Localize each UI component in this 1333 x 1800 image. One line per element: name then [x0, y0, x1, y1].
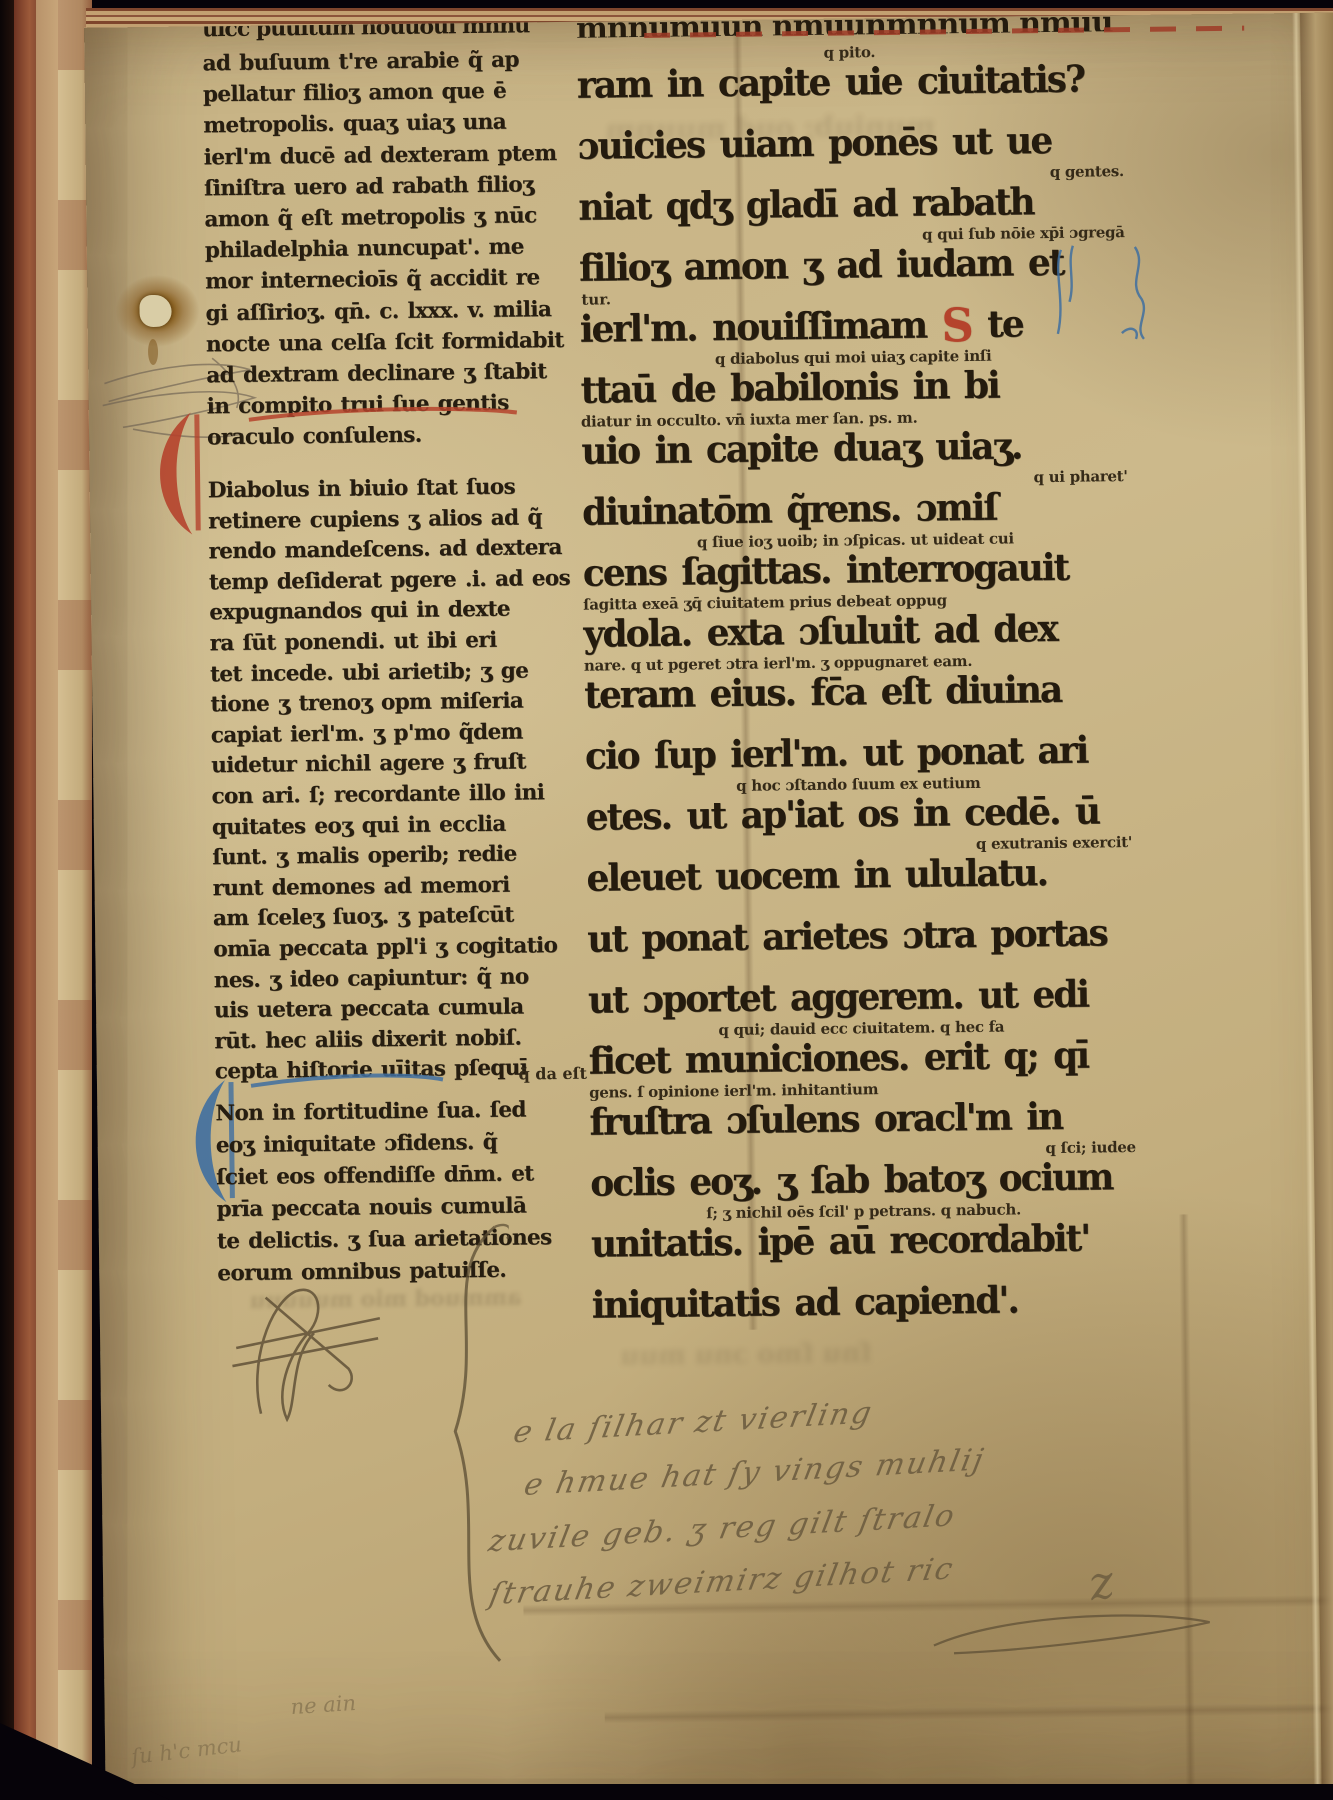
glossed-text-line: gens. ſ opinione ierl'm. inhitantium fru… — [589, 1080, 1150, 1148]
glossed-text-line: q gentes. niat qdʒ gladī ad rabath — [578, 165, 1139, 233]
text-line: philadelphia nuncupat'. me — [205, 231, 577, 267]
left-column-paragraph-1: ad buſuum t're arabie q̃ appellatur fili… — [202, 44, 579, 454]
stain-hole — [139, 295, 171, 327]
main-text: iniquitatis ad capiend'. — [591, 1277, 1018, 1326]
line-text: uis uetera peccata cumula — [214, 995, 524, 1024]
glossed-text-line: ut ɔportet aggerem. ut edi — [588, 958, 1149, 1026]
line-text: metropolis. quaʒ uiaʒ una — [203, 110, 506, 139]
line-text: diuinatōm q̃rens. ɔmiſ — [582, 485, 997, 534]
line-text: ſiniſtra uero ad rabath filioʒ — [204, 172, 534, 201]
line-text: iniquitatis ad capiend'. — [591, 1277, 1018, 1326]
glossed-text-line: iniquitatis ad capiend'. — [591, 1263, 1152, 1331]
text-line: pellatur filioʒ amon que ē — [203, 75, 575, 111]
text-line: nes. ʒ ideo capiuntur: q̃ no — [214, 961, 586, 996]
text-line: tet incede. ubi arietib; ʒ ge — [210, 655, 582, 690]
text-line: ſiniſtra uero ad rabath filioʒ — [204, 169, 576, 205]
line-text: unitatis. ipē aū recordabit' — [591, 1216, 1090, 1266]
line-text: am ſceleʒ ſuoʒ. ʒ pateſcūt — [213, 903, 514, 932]
main-text: eleuet uocem in ululatu. — [586, 850, 1047, 900]
later-inscription: e la ſilhar zt vierlinge hmue hat ſy vin… — [431, 1392, 1193, 1597]
owner-monogram — [229, 1272, 391, 1434]
line-text: ydola. exta ɔſuluit ad dex — [583, 606, 1057, 656]
right-column: q pito. ram in capite uie ciuitatis? ɔui… — [576, 43, 1152, 1331]
text-before-initial: ierl'm. nouiſſimam — [580, 302, 942, 350]
glossed-text-line: q ſiue ioʒ uoib; in ɔſpicas. ut uideat c… — [582, 531, 1143, 599]
main-text: etes. ut ap'iat os in cedē. ū — [585, 788, 1099, 838]
text-line: amon q̃ eſt metropolis ʒ nūc — [204, 200, 576, 236]
line-text: uio in capite duaʒ uiaʒ. — [581, 423, 1022, 472]
line-text: ut ponat arietes ɔtra portas — [587, 910, 1107, 960]
text-line: am ſceleʒ ſuoʒ. ʒ pateſcūt — [213, 900, 585, 935]
line-text: Diabolus in biuio ſtat ſuos — [208, 475, 516, 504]
text-line: runt demones ad memori — [212, 869, 584, 904]
glossed-text-line: diatur in occulto. vn̄ iuxta mer ſan. ps… — [581, 409, 1142, 477]
glossed-text-line: ſagitta exeā ʒq̄ ciuitatem prius debeat … — [583, 592, 1144, 660]
text-line: expugnandos qui in dexte — [209, 594, 581, 629]
text-line: Diabolus in biuio ſtat ſuos — [208, 472, 580, 507]
line-text: oclis eoʒ. ʒ ſab batoʒ ocium — [590, 1154, 1113, 1204]
line-text: ra ſūt ponendi. ut ibi eri — [209, 628, 496, 657]
main-text: unitatis. ipē aū recordabit' — [591, 1216, 1090, 1266]
line-text: ut ɔportet aggerem. ut edi — [588, 972, 1089, 1022]
horizontal-crease — [605, 1702, 1333, 1723]
line-text: temp deſiderat pgere .i. ad eos — [209, 566, 571, 595]
text-line: omīa peccata ppl'i ʒ cogitatio — [213, 931, 585, 966]
text-line: quitates eoʒ qui in ecclia — [212, 808, 584, 843]
inscription-text: zuvile geb. ʒ reg gilt ſtralo — [486, 1498, 959, 1559]
glossed-text-line: q pito. ram in capite uie ciuitatis? — [576, 43, 1137, 111]
line-text: uidetur nichil agere ʒ fruſt — [211, 750, 526, 779]
main-text: oclis eoʒ. ʒ ſab batoʒ ocium — [590, 1154, 1113, 1204]
text-line: tione ʒ trenoʒ opm miſeria — [210, 686, 582, 721]
line-text: ſciet eos offendiſſe dn̄m. et — [216, 1161, 534, 1190]
glossed-text-line: q ſci; iudee oclis eoʒ. ʒ ſab batoʒ ociu… — [590, 1141, 1151, 1209]
line-text: ram in capite uie ciuitatis? — [577, 57, 1085, 107]
text-line: con ari. ſ; recordante illo ini — [211, 778, 583, 813]
text-line: ad buſuum t're arabie q̃ ap — [202, 44, 574, 80]
line-text: mor internecioīs q̃ accidit re — [205, 266, 540, 295]
line-text: gi aſſirioʒ. qn̄. c. lxxx. v. milia — [205, 297, 551, 326]
line-text: niat qdʒ gladī ad rabath — [578, 179, 1034, 229]
line-text: nocte una celſa ſcit formidabit — [206, 328, 564, 357]
line-text: ficet municiones. erit q; qī — [588, 1033, 1088, 1083]
glossed-text-line: nare. q ut pgeret ɔtra ierl'm. ʒ oppugna… — [584, 653, 1145, 721]
line-text: filioʒ amon ʒ ad iudam et — [579, 240, 1064, 290]
main-text: ttaū de babilonis in bi — [580, 363, 999, 412]
text-line: uidetur nichil agere ʒ fruſt — [211, 747, 583, 782]
line-text: ttaū de babilonis in bi — [580, 363, 999, 412]
line-text: rendo mandeſcens. ad dextera — [208, 535, 562, 564]
inscription-text: e la ſilhar zt vierling — [511, 1395, 877, 1450]
main-text: cens ſagittas. interrogauit — [583, 545, 1069, 595]
line-text: rūt. hec aliis dixerit nobiſ. — [214, 1025, 521, 1054]
photo-backdrop — [0, 1784, 1333, 1800]
faint-margin-note: ſu h'c mcu — [130, 1732, 243, 1769]
glossed-text-line: ſ; ʒ nichil oēs ſcil' p petrans. q nabuc… — [591, 1202, 1152, 1270]
line-text: quitates eoʒ qui in ecclia — [212, 811, 506, 840]
line-text: retinere cupiens ʒ alios ad q̃ — [208, 505, 542, 534]
manuscript-photo: uicc puuitum nouuoui mnnu mnnumuun nmuun… — [0, 0, 1333, 1800]
left-column-paragraph-2: Diabolus in biuio ſtat ſuosretinere cupi… — [208, 472, 587, 1088]
line-text: Non in fortitudine ſua. ſed — [215, 1097, 526, 1126]
line-text: capiat ierl'm. ʒ p'mo q̃dem — [211, 719, 523, 748]
main-text: ydola. exta ɔſuluit ad dex — [583, 606, 1057, 656]
initial-penwork-icon — [1051, 241, 1152, 346]
line-text: etes. ut ap'iat os in cedē. ū — [585, 788, 1099, 838]
red-initial-s: S — [941, 310, 972, 340]
line-text: teram eius. fc̄a eſt diuina — [584, 667, 1061, 717]
main-text: niat qdʒ gladī ad rabath — [578, 179, 1034, 229]
main-text: fruſtra ɔſulens oracl'm in — [589, 1094, 1062, 1144]
text-line: ra ſūt ponendi. ut ibi eri — [209, 625, 581, 660]
text-line: ſunt. ʒ malis operib; redie — [212, 839, 584, 874]
line-text: eleuet uocem in ululatu. — [586, 850, 1047, 900]
main-text: ut ponat arietes ɔtra portas — [587, 910, 1107, 960]
cropped-text: uicc puuitum nouuoui mnnu — [202, 22, 574, 43]
line-text: philadelphia nuncupat'. me — [205, 235, 524, 264]
text-line: gi aſſirioʒ. qn̄. c. lxxx. v. milia — [205, 293, 577, 329]
main-text: filioʒ amon ʒ ad iudam et — [579, 240, 1064, 290]
main-text: cio ſup ierl'm. ut ponat ari — [585, 728, 1088, 778]
line-text: te — [972, 301, 1023, 346]
main-text: ierl'm. nouiſſimam S te — [580, 301, 1024, 350]
parchment-page: uicc puuitum nouuoui mnnu mnnumuun nmuun… — [84, 12, 1333, 1800]
text-line: Non in fortitudine ſua. ſed — [215, 1094, 587, 1131]
main-text: ut ɔportet aggerem. ut edi — [588, 972, 1089, 1022]
line-text: tet incede. ubi arietib; ʒ ge — [210, 658, 529, 687]
line-text: ad buſuum t're arabie q̃ ap — [202, 47, 519, 76]
cropped-top-line-left: uicc puuitum nouuoui mnnu — [202, 22, 574, 43]
main-text: diuinatōm q̃rens. ɔmiſ — [582, 485, 997, 534]
line-text: omīa peccata ppl'i ʒ cogitatio — [213, 933, 557, 962]
line-text: ierl'm ducē ad dexteram ptem — [204, 141, 557, 170]
inscription-underline-swash — [923, 1592, 1224, 1666]
text-line: ſciet eos offendiſſe dn̄m. et — [216, 1158, 588, 1195]
glossed-text-line: cio ſup ierl'm. ut ponat ari — [585, 714, 1146, 782]
glossed-text-line: q exutranis exercit' eleuet uocem in ulu… — [586, 836, 1147, 904]
line-text: nes. ʒ ideo capiuntur: q̃ no — [214, 964, 529, 993]
glossed-text-line: ut ponat arietes ɔtra portas — [587, 897, 1148, 965]
line-text: fruſtra ɔſulens oracl'm in — [589, 1094, 1062, 1144]
main-text: uio in capite duaʒ uiaʒ. — [581, 423, 1022, 472]
text-line: uis uetera peccata cumula — [214, 992, 586, 1027]
faint-margin-note: ne ain — [290, 1691, 357, 1719]
text-line: rūt. hec aliis dixerit nobiſ. — [214, 1022, 586, 1057]
glossed-text-line: q hoc ɔſtando ſuum ex eutium etes. ut ap… — [585, 775, 1146, 843]
text-line: eoʒ iniquitate ɔfidens. q̃ — [216, 1126, 588, 1163]
line-text: ad dextram declinare ʒ ſtabit — [206, 359, 546, 388]
text-line: capiat ierl'm. ʒ p'mo q̃dem — [211, 716, 583, 751]
inscription-text: e hmue hat ſy vings muhlij — [521, 1442, 988, 1503]
text-line: metropolis. quaʒ uiaʒ una — [203, 106, 575, 142]
text-line: mor internecioīs q̃ accidit re — [205, 262, 577, 298]
line-text: prīa peccata nouis cumulā — [216, 1193, 526, 1222]
line-text: eoʒ iniquitate ɔfidens. q̃ — [216, 1130, 498, 1158]
line-text: expugnandos qui in dexte — [209, 597, 510, 626]
bleed-through-text: ſnu ſmo ɔnu muu — [620, 1338, 871, 1371]
text-line: ad dextram declinare ʒ ſtabit — [206, 356, 578, 392]
text-line: temp deſiderat pgere .i. ad eos — [209, 564, 581, 599]
line-text: tione ʒ trenoʒ opm miſeria — [210, 689, 523, 718]
main-text: teram eius. fc̄a eſt diuina — [584, 667, 1061, 717]
bleed-through-text: muniub; oud muunm — [605, 109, 935, 146]
text-line: prīa peccata nouis cumulā — [216, 1190, 588, 1227]
line-text: runt demones ad memori — [212, 872, 509, 901]
text-line: ierl'm ducē ad dexteram ptem — [203, 137, 575, 173]
text-line: nocte una celſa ſcit formidabit — [206, 325, 578, 361]
main-text: ram in capite uie ciuitatis? — [577, 57, 1085, 107]
line-text: cens ſagittas. interrogauit — [583, 545, 1069, 595]
text-line: rendo mandeſcens. ad dextera — [208, 533, 580, 568]
text-line: retinere cupiens ʒ alios ad q̃ — [208, 502, 580, 537]
glossed-text-line: q ui pharet' diuinatōm q̃rens. ɔmiſ — [582, 470, 1143, 538]
glossed-text-line: q qui; dauid ecc ciuitatem. q hec fa fic… — [588, 1019, 1149, 1087]
line-text: ſunt. ʒ malis operib; redie — [212, 842, 517, 871]
glossed-text-line: q diabolus qui moi uiaʒ capite inſi ttaū… — [580, 348, 1141, 416]
line-text: pellatur filioʒ amon que ē — [203, 79, 506, 108]
line-text: cio ſup ierl'm. ut ponat ari — [585, 728, 1088, 778]
line-text: amon q̃ eſt metropolis ʒ nūc — [204, 203, 536, 232]
main-text: ficet municiones. erit q; qī — [588, 1033, 1088, 1083]
line-text: con ari. ſ; recordante illo ini — [211, 780, 544, 809]
